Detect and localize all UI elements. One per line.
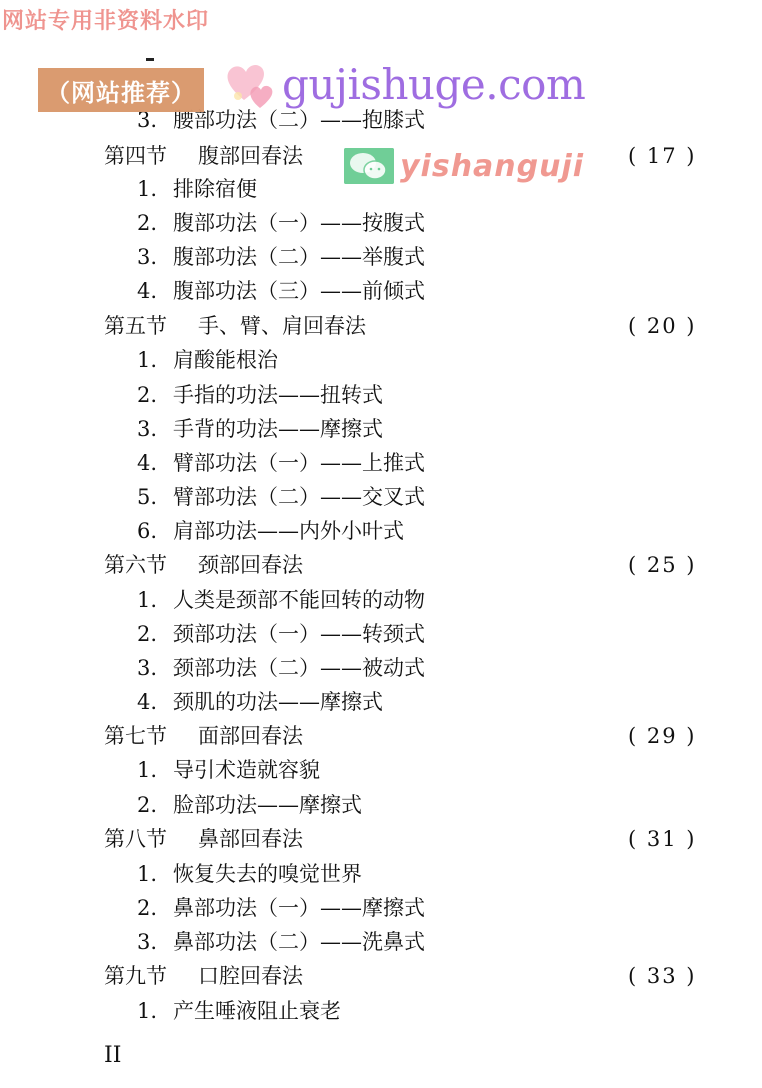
section-number: 第六节 bbox=[104, 548, 167, 582]
item-title: 腹部功法（一）——按腹式 bbox=[173, 206, 425, 240]
item-number: 1. bbox=[137, 994, 157, 1028]
item-title: 臂部功法（一）——上推式 bbox=[173, 446, 425, 480]
page-number: ( 25 ) bbox=[628, 548, 696, 582]
item-number: 3. bbox=[137, 412, 157, 446]
item-number: 3. bbox=[137, 925, 157, 959]
item-number: 2. bbox=[137, 378, 157, 412]
item-title: 臂部功法（二）——交叉式 bbox=[173, 480, 425, 514]
toc-item: 2. 腹部功法（一）——按腹式 bbox=[0, 206, 762, 240]
item-title: 人类是颈部不能回转的动物 bbox=[173, 583, 425, 617]
toc-section: 第八节 鼻部回春法 ( 31 ) bbox=[0, 822, 762, 856]
item-title: 手指的功法——扭转式 bbox=[173, 378, 383, 412]
section-title: 口腔回春法 bbox=[198, 959, 303, 993]
page-number: ( 17 ) bbox=[628, 139, 696, 173]
item-title: 腹部功法（三）——前倾式 bbox=[173, 274, 425, 308]
toc-item: 2. 鼻部功法（一）——摩擦式 bbox=[0, 891, 762, 925]
site-url-watermark: gujishuge.com bbox=[282, 60, 585, 110]
document-page: 网站专用非资料水印 （网站推荐） gujishuge.com yishanguj… bbox=[0, 0, 762, 1088]
section-title: 腹部回春法 bbox=[198, 139, 303, 173]
toc-item: 1. 人类是颈部不能回转的动物 bbox=[0, 583, 762, 617]
wechat-icon bbox=[344, 148, 394, 184]
item-title: 肩部功法——内外小叶式 bbox=[173, 514, 404, 548]
item-number: 3. bbox=[137, 240, 157, 274]
item-number: 2. bbox=[137, 788, 157, 822]
toc-item: 1. 产生唾液阻止衰老 bbox=[0, 994, 762, 1028]
toc-item: 5. 臂部功法（二）——交叉式 bbox=[0, 480, 762, 514]
toc-item: 2. 手指的功法——扭转式 bbox=[0, 378, 762, 412]
toc-item: 3. 鼻部功法（二）——洗鼻式 bbox=[0, 925, 762, 959]
toc-item: 2. 脸部功法——摩擦式 bbox=[0, 788, 762, 822]
item-number: 1. bbox=[137, 172, 157, 206]
item-title: 颈部功法（二）——被动式 bbox=[173, 651, 425, 685]
item-title: 颈部功法（一）——转颈式 bbox=[173, 617, 425, 651]
hearts-icon bbox=[220, 52, 280, 112]
toc-item: 1. 肩酸能根治 bbox=[0, 343, 762, 377]
item-title: 排除宿便 bbox=[173, 172, 257, 206]
item-title: 腹部功法（二）——举腹式 bbox=[173, 240, 425, 274]
dot-leader bbox=[384, 309, 618, 343]
dot-leader bbox=[312, 719, 618, 753]
toc-section: 第九节 口腔回春法 ( 33 ) bbox=[0, 959, 762, 993]
item-title: 颈肌的功法——摩擦式 bbox=[173, 685, 383, 719]
wechat-id-watermark: yishanguji bbox=[400, 149, 584, 185]
toc-section: 第五节 手、臂、肩回春法 ( 20 ) bbox=[0, 309, 762, 343]
item-number: 1. bbox=[137, 343, 157, 377]
item-title: 导引术造就容貌 bbox=[173, 753, 320, 787]
toc-item: 1. 导引术造就容貌 bbox=[0, 753, 762, 787]
item-title: 脸部功法——摩擦式 bbox=[173, 788, 362, 822]
toc-item: 4. 颈肌的功法——摩擦式 bbox=[0, 685, 762, 719]
toc-item: 3. 手背的功法——摩擦式 bbox=[0, 412, 762, 446]
section-number: 第四节 bbox=[104, 139, 167, 173]
toc-item: 4. 腹部功法（三）——前倾式 bbox=[0, 274, 762, 308]
item-number: 2. bbox=[137, 617, 157, 651]
page-number: ( 31 ) bbox=[628, 822, 696, 856]
toc-item: 3. 颈部功法（二）——被动式 bbox=[0, 651, 762, 685]
toc-item: 6. 肩部功法——内外小叶式 bbox=[0, 514, 762, 548]
toc-item: 1. 恢复失去的嗅觉世界 bbox=[0, 857, 762, 891]
toc-section: 第七节 面部回春法 ( 29 ) bbox=[0, 719, 762, 753]
scan-speck bbox=[146, 58, 154, 61]
item-number: 4. bbox=[137, 446, 157, 480]
item-number: 3. bbox=[137, 651, 157, 685]
item-number: 4. bbox=[137, 685, 157, 719]
toc-section: 第六节 颈部回春法 ( 25 ) bbox=[0, 548, 762, 582]
item-number: 5. bbox=[137, 480, 157, 514]
item-number: 2. bbox=[137, 206, 157, 240]
item-number: 2. bbox=[137, 891, 157, 925]
section-title: 手、臂、肩回春法 bbox=[198, 309, 366, 343]
item-title: 肩酸能根治 bbox=[173, 343, 278, 377]
item-number: 4. bbox=[137, 274, 157, 308]
item-title: 鼻部功法（一）——摩擦式 bbox=[173, 891, 425, 925]
recommend-badge: （网站推荐） bbox=[38, 68, 204, 112]
section-number: 第九节 bbox=[104, 959, 167, 993]
item-title: 产生唾液阻止衰老 bbox=[173, 994, 341, 1028]
item-number: 1. bbox=[137, 583, 157, 617]
dot-leader bbox=[312, 548, 618, 582]
item-number: 1. bbox=[137, 753, 157, 787]
section-title: 鼻部回春法 bbox=[198, 822, 303, 856]
page-number: ( 33 ) bbox=[628, 959, 696, 993]
dot-leader bbox=[312, 822, 618, 856]
section-number: 第五节 bbox=[104, 309, 167, 343]
page-number: ( 29 ) bbox=[628, 719, 696, 753]
page-number: ( 20 ) bbox=[628, 309, 696, 343]
item-number: 1. bbox=[137, 857, 157, 891]
toc-item: 4. 臂部功法（一）——上推式 bbox=[0, 446, 762, 480]
section-title: 颈部回春法 bbox=[198, 548, 303, 582]
item-number: 6. bbox=[137, 514, 157, 548]
page-folio: II bbox=[104, 1043, 121, 1068]
watermark-notice: 网站专用非资料水印 bbox=[2, 4, 209, 35]
item-title: 鼻部功法（二）——洗鼻式 bbox=[173, 925, 425, 959]
section-number: 第七节 bbox=[104, 719, 167, 753]
dot-leader bbox=[312, 959, 618, 993]
section-title: 面部回春法 bbox=[198, 719, 303, 753]
item-title: 恢复失去的嗅觉世界 bbox=[173, 857, 362, 891]
toc-item: 2. 颈部功法（一）——转颈式 bbox=[0, 617, 762, 651]
toc-item: 3. 腹部功法（二）——举腹式 bbox=[0, 240, 762, 274]
item-title: 手背的功法——摩擦式 bbox=[173, 412, 383, 446]
section-number: 第八节 bbox=[104, 822, 167, 856]
